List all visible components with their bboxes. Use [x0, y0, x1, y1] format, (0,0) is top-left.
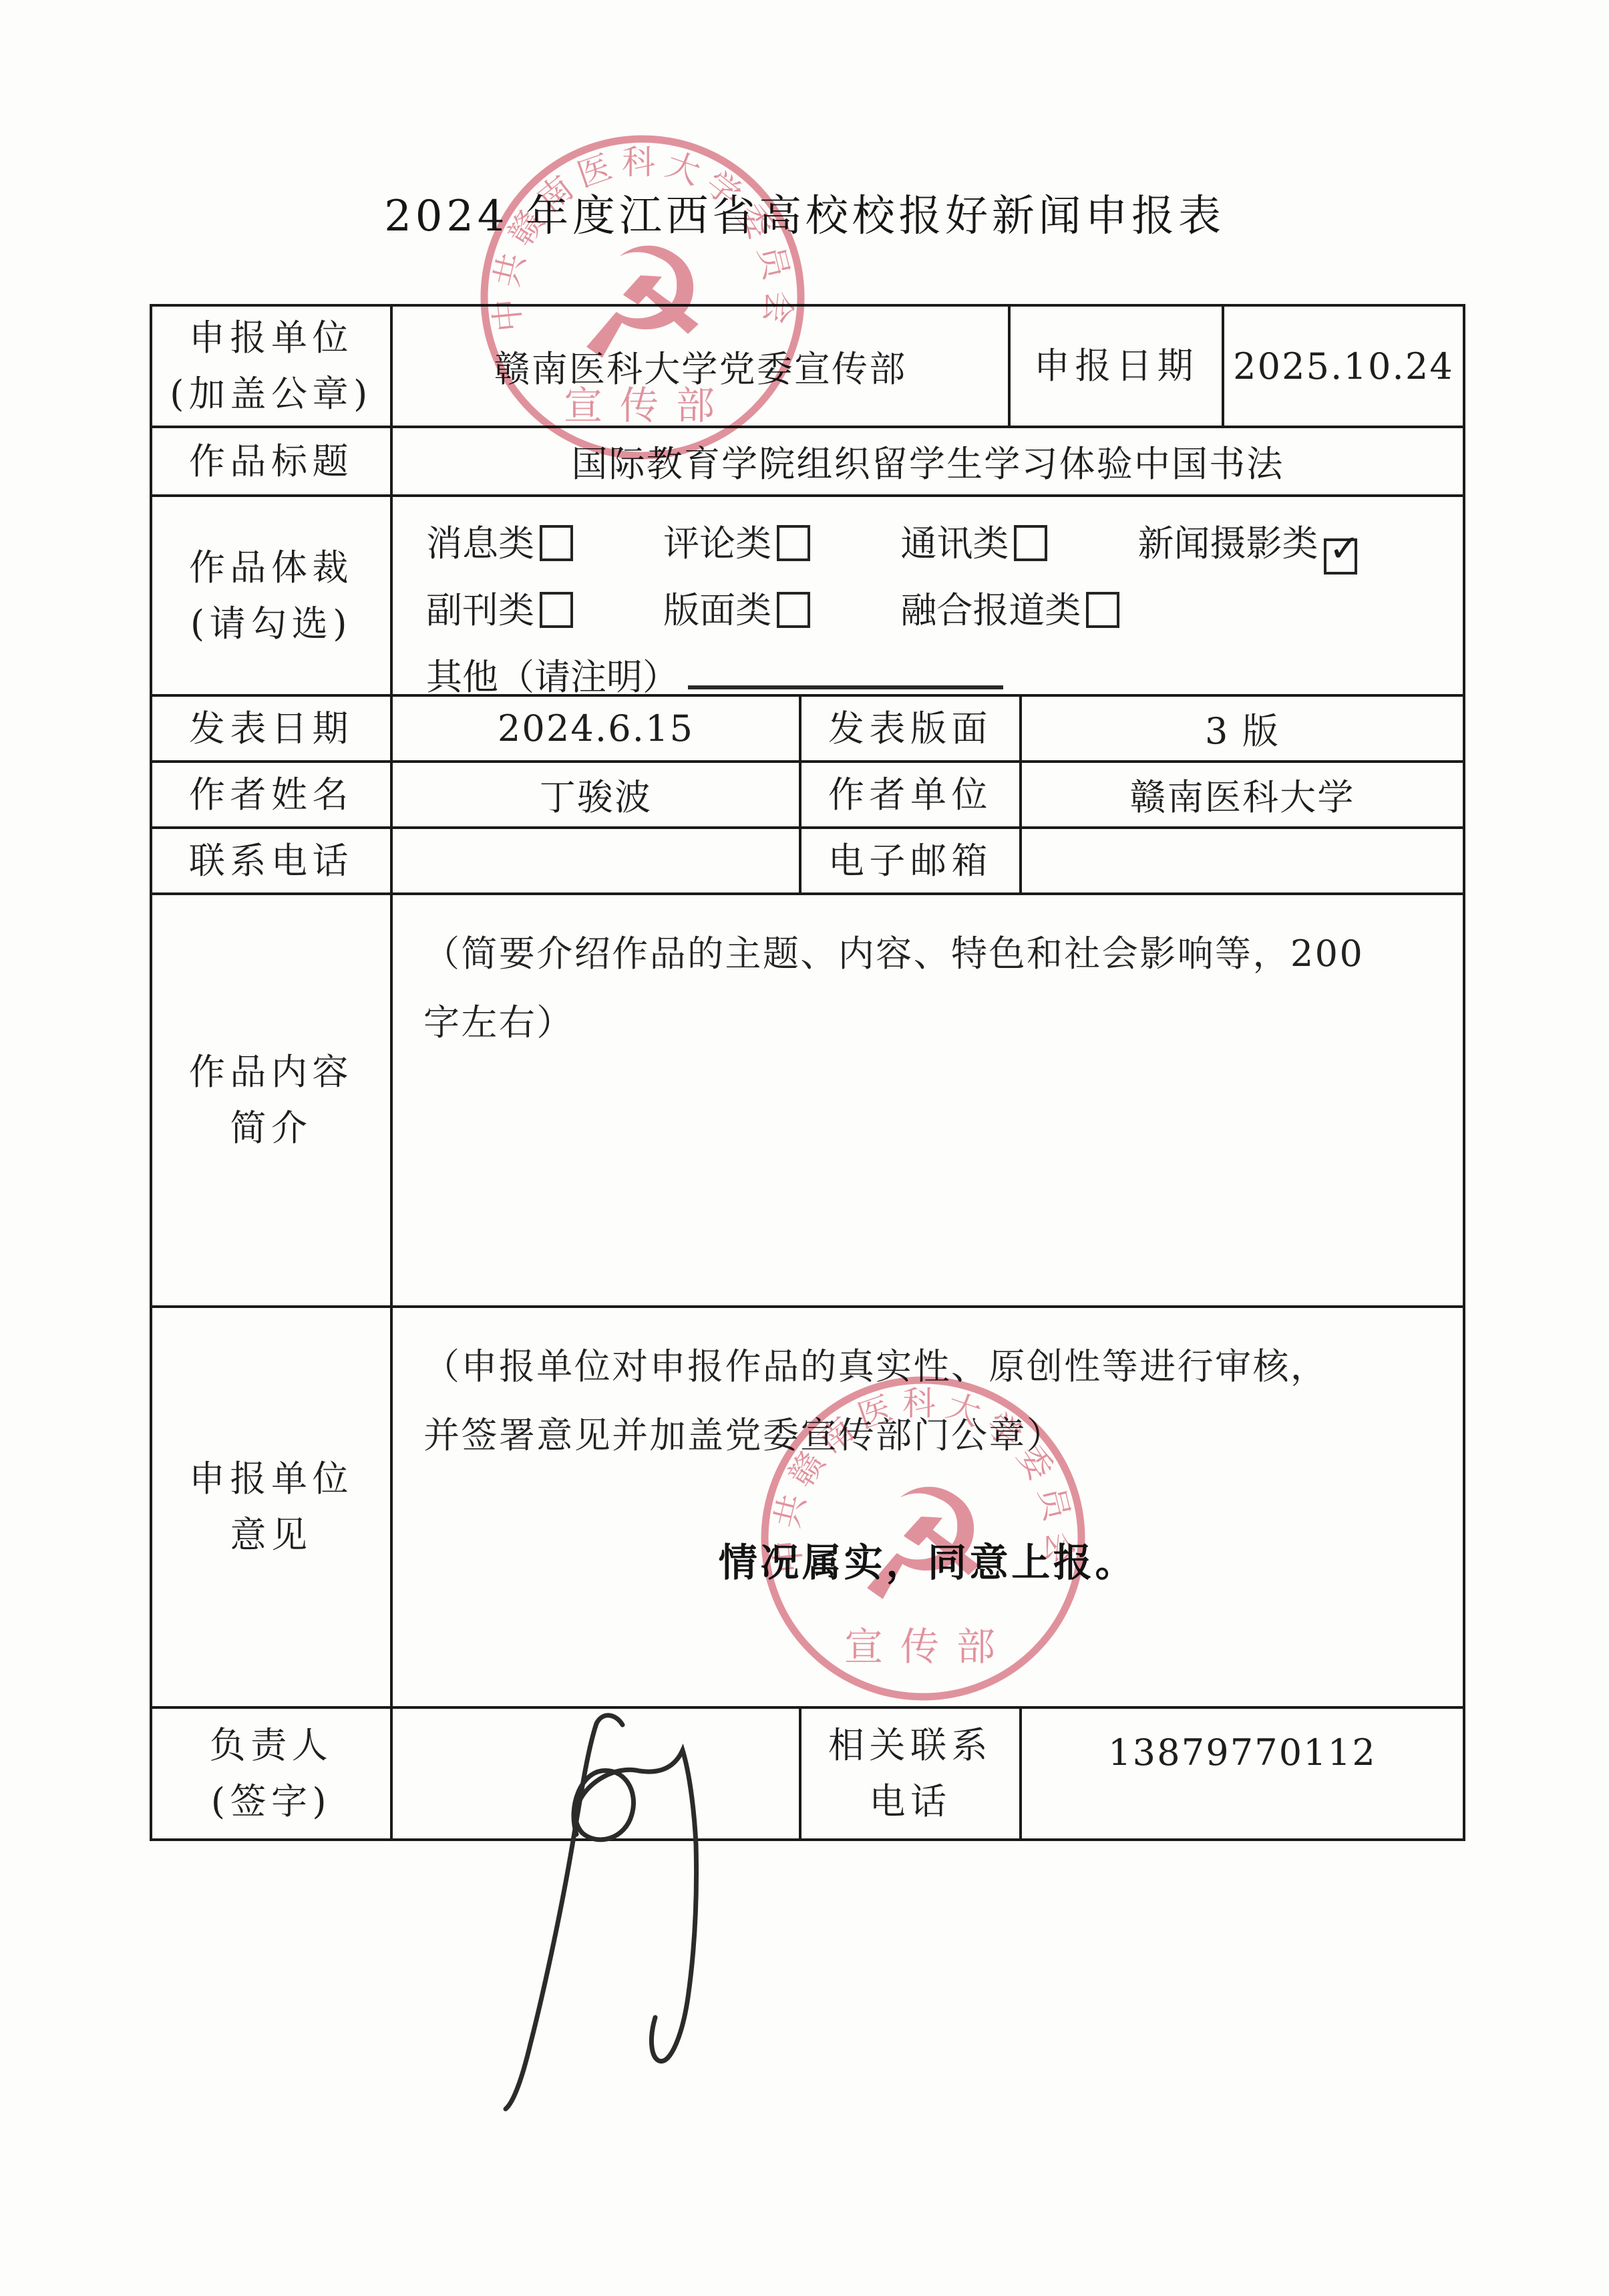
genre-item-commentary: 评论类	[663, 510, 810, 577]
author-name-value: 丁骏波	[393, 763, 801, 826]
content-intro-hint-line1: （简要介绍作品的主题、内容、特色和社会影响等，200	[423, 919, 1364, 988]
genre-item-layout: 版面类	[663, 577, 810, 644]
author-name-label: 作者姓名	[152, 763, 393, 826]
responsible-person-label-line2: (签字)	[210, 1774, 333, 1830]
applicant-unit-label-line2: (加盖公章)	[170, 366, 373, 422]
author-unit-label: 作者单位	[801, 763, 1022, 826]
page-title: 2024 年度江西省高校校报好新闻申报表	[0, 182, 1609, 243]
genre-options: 消息类 评论类 通讯类 新闻摄影类✓	[393, 497, 1463, 694]
content-intro-hint-line2: 字左右）	[423, 988, 1364, 1057]
signature-cell	[393, 1709, 801, 1838]
related-phone-label-line1: 相关联系	[828, 1717, 993, 1774]
unit-opinion-label-line1: 申报单位	[189, 1451, 353, 1507]
table-row: 发表日期 2024.6.15 发表版面 3 版	[152, 697, 1463, 763]
email-label: 电子邮箱	[801, 829, 1022, 892]
content-intro-label: 作品内容 简介	[152, 895, 393, 1305]
publish-date-value: 2024.6.15	[393, 697, 801, 760]
checkbox	[1086, 592, 1119, 628]
publish-page-value: 3 版	[1022, 697, 1463, 760]
checkbox	[540, 525, 573, 561]
applicant-unit-value: 赣南医科大学党委宣传部	[393, 307, 1011, 426]
unit-opinion-area: （申报单位对申报作品的真实性、原创性等进行审核， 并签署意见并加盖党委宣传部门公…	[393, 1308, 1463, 1706]
apply-date-value: 2025.10.24	[1224, 307, 1463, 426]
table-row: 作品内容 简介 （简要介绍作品的主题、内容、特色和社会影响等，200 字左右）	[152, 895, 1463, 1308]
checkbox	[540, 592, 573, 628]
unit-opinion-label: 申报单位 意见	[152, 1308, 393, 1706]
genre-line-2: 副刊类 版面类 融合报道类	[426, 577, 1463, 644]
genre-label-line2: (请勾选)	[189, 596, 353, 652]
applicant-unit-label-line1: 申报单位	[170, 310, 373, 366]
unit-opinion-hint-line1: （申报单位对申报作品的真实性、原创性等进行审核，	[423, 1332, 1432, 1401]
work-title-label: 作品标题	[152, 428, 393, 494]
apply-date-label: 申报日期	[1011, 307, 1224, 426]
table-row: 申报单位 意见 （申报单位对申报作品的真实性、原创性等进行审核， 并签署意见并加…	[152, 1308, 1463, 1709]
table-row: 负责人 (签字) 相关联系 电话 13879770112	[152, 1709, 1463, 1838]
author-unit-value: 赣南医科大学	[1022, 763, 1463, 826]
opinion-text: 情况属实，同意上报。	[423, 1528, 1432, 1597]
table-row: 作品体裁 (请勾选) 消息类 评论类 通讯类	[152, 497, 1463, 697]
content-intro-label-line1: 作品内容	[189, 1044, 353, 1100]
other-note-blank-line	[688, 683, 1003, 689]
applicant-unit-label: 申报单位 (加盖公章)	[152, 307, 393, 426]
genre-item-supplement: 副刊类	[426, 577, 573, 644]
application-form-table: 申报单位 (加盖公章) 赣南医科大学党委宣传部 申报日期 2025.10.24 …	[150, 304, 1465, 1841]
content-intro-area: （简要介绍作品的主题、内容、特色和社会影响等，200 字左右）	[393, 895, 1463, 1305]
genre-item-converged-report: 融合报道类	[900, 577, 1119, 644]
table-row: 作品标题 国际教育学院组织留学生学习体验中国书法	[152, 428, 1463, 497]
responsible-person-label: 负责人 (签字)	[152, 1709, 393, 1838]
contact-phone-label: 联系电话	[152, 829, 393, 892]
genre-item-news: 消息类	[426, 510, 573, 577]
check-mark-icon: ✓	[1329, 530, 1355, 568]
checkbox	[1014, 525, 1047, 561]
checkbox	[777, 525, 810, 561]
table-row: 联系电话 电子邮箱	[152, 829, 1463, 895]
responsible-person-label-line1: 负责人	[210, 1717, 333, 1774]
related-phone-label-line2: 电话	[828, 1774, 993, 1830]
table-row: 申报单位 (加盖公章) 赣南医科大学党委宣传部 申报日期 2025.10.24	[152, 307, 1463, 428]
genre-label-line1: 作品体裁	[189, 540, 353, 596]
unit-opinion-label-line2: 意见	[189, 1507, 353, 1563]
content-intro-label-line2: 简介	[189, 1100, 353, 1156]
email-value	[1022, 829, 1463, 892]
checkbox	[777, 592, 810, 628]
table-row: 作者姓名 丁骏波 作者单位 赣南医科大学	[152, 763, 1463, 829]
publish-page-label: 发表版面	[801, 697, 1022, 760]
contact-phone-value	[393, 829, 801, 892]
related-phone-label: 相关联系 电话	[801, 1709, 1022, 1838]
genre-label: 作品体裁 (请勾选)	[152, 497, 393, 694]
publish-date-label: 发表日期	[152, 697, 393, 760]
unit-opinion-hint-line2: 并签署意见并加盖党委宣传部门公章）	[423, 1401, 1432, 1470]
other-note-label: 其他（请注明）	[426, 656, 679, 698]
genre-item-communication: 通讯类	[900, 510, 1047, 577]
work-title-value: 国际教育学院组织留学生学习体验中国书法	[393, 428, 1463, 494]
checkbox-checked: ✓	[1324, 538, 1357, 575]
related-phone-value: 13879770112	[1022, 1709, 1463, 1838]
genre-line-1: 消息类 评论类 通讯类 新闻摄影类✓	[426, 510, 1463, 577]
scanned-form-page: 2024 年度江西省高校校报好新闻申报表 申报单位 (加盖公章) 赣南医科大学党…	[0, 0, 1609, 2296]
genre-item-news-photo: 新闻摄影类✓	[1138, 510, 1357, 577]
